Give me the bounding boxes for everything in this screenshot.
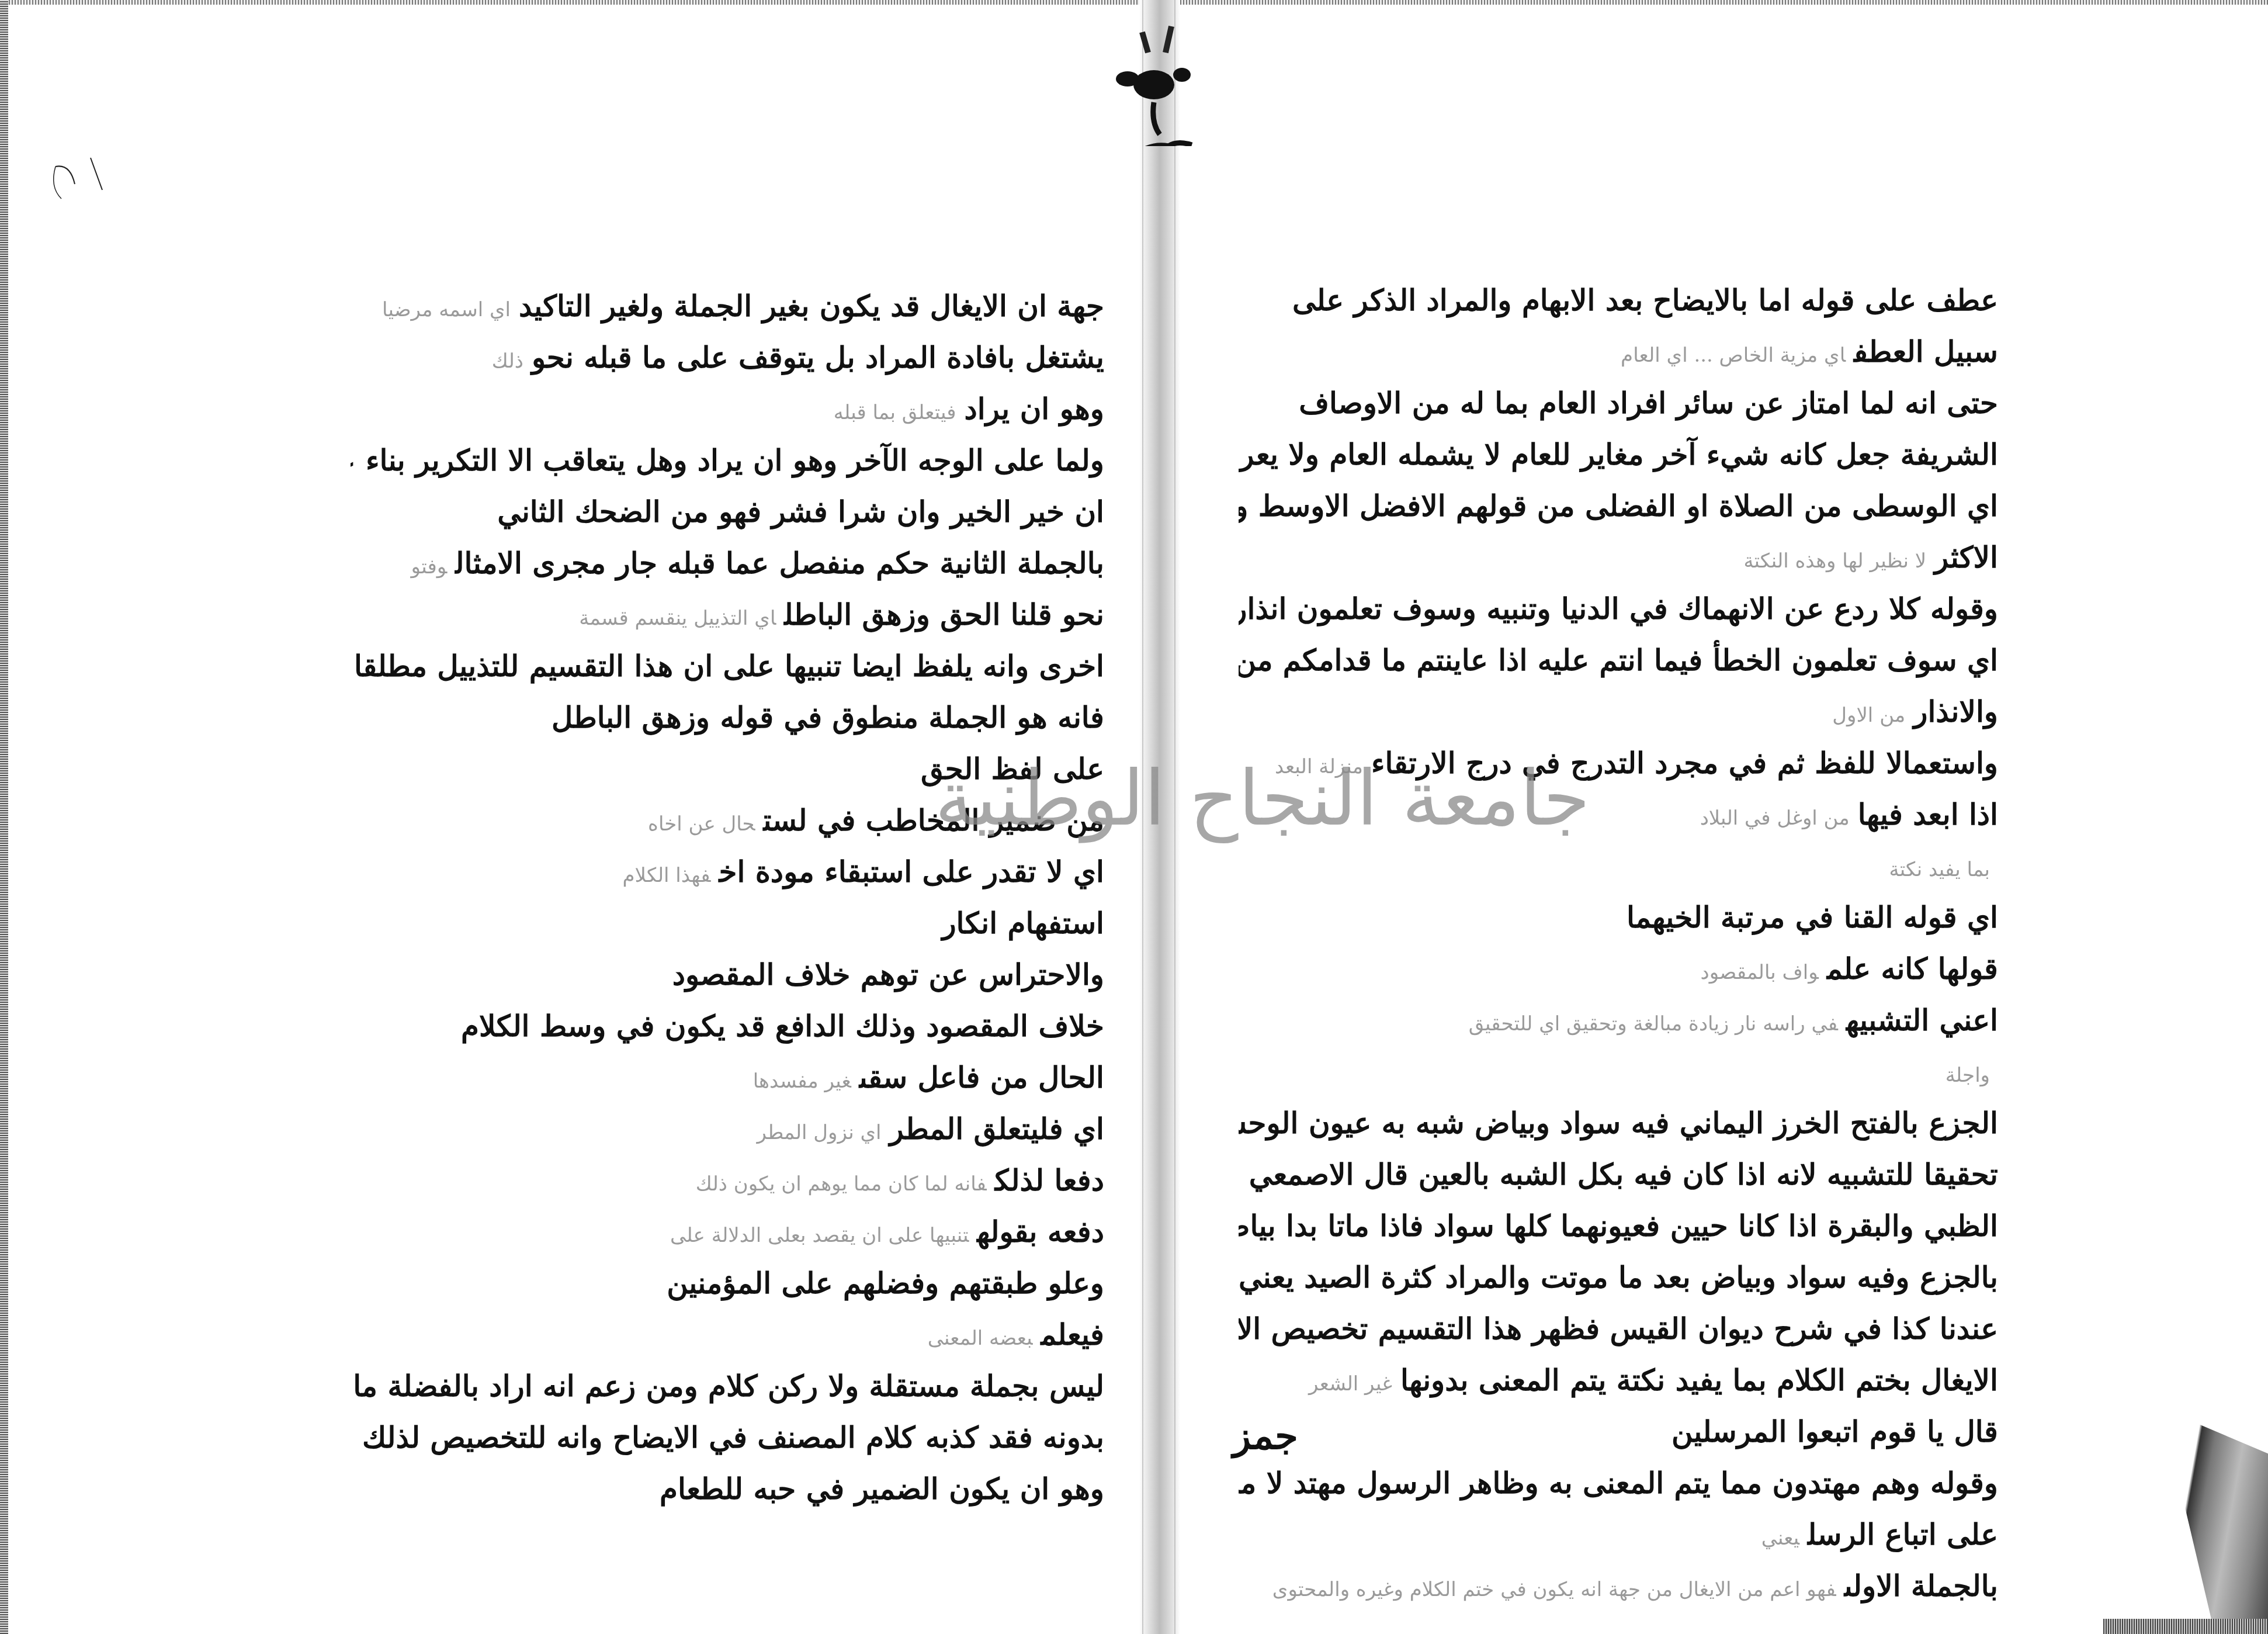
manuscript-line: نحو قلنا الحق وزهق الباطلاي التذييل ينقس… <box>351 589 1104 641</box>
main-text: قولها كانه علم <box>1827 951 1998 986</box>
manuscript-line: بالجملة الاولىفهو اعم من الايغال من جهة … <box>1239 1560 1998 1612</box>
manuscript-line: دفعه بقولهتنبيها على ان يقصد بعلى الدلال… <box>351 1206 1104 1258</box>
manuscript-line: ليس بجملة مستقلة ولا ركن كلام ومن زعم ان… <box>351 1360 1104 1412</box>
interlinear-gloss: اي مزية الخاص ... اي العام <box>1621 344 1846 367</box>
manuscript-line: الاكثرلا نظير لها وهذه النكتة <box>1239 532 1998 583</box>
main-text: وقوله وهم مهتدون مما يتم المعنى به وظاهر… <box>1239 1466 1998 1500</box>
manuscript-line: اعني التشبيهفي راسه نار زيادة مبالغة وتح… <box>1239 995 1998 1046</box>
interlinear-gloss: يعني <box>1761 1526 1799 1550</box>
main-text: جهة ان الايغال قد يكون بغير الجملة ولغير… <box>519 289 1104 323</box>
main-text: سبيل العطف <box>1854 334 1998 369</box>
main-text: اذا ابعد فيها <box>1858 797 1998 832</box>
manuscript-line: على اتباع الرسليعني <box>1239 1509 1998 1560</box>
main-text: اي لا تقدر على استبقاء مودة اخ <box>719 854 1104 889</box>
interlinear-gloss: اي اسمه مرضيا <box>382 298 511 321</box>
main-text: دفعه بقوله <box>977 1214 1104 1249</box>
manuscript-line: فيعلمبعضه المعنى <box>351 1309 1104 1360</box>
manuscript-line: ان خير الخير وان شرا فشر فهو من الضحك ال… <box>351 486 1104 538</box>
manuscript-line: حتى انه لما امتاز عن سائر افراد العام بم… <box>1239 378 1998 429</box>
main-text: وهو ان يكون الضمير في حبه للطعام <box>660 1472 1104 1506</box>
main-text: استفهام انكار <box>942 906 1104 940</box>
manuscript-line: والانذارمن الاول <box>1239 686 1998 738</box>
interlinear-gloss: فيتعلق بما قبله <box>834 401 956 424</box>
manuscript-line: اي الوسطى من الصلاة او الفضلى من قولهم ا… <box>1239 480 1998 532</box>
interlinear-gloss: فهذا الكلام <box>623 864 711 887</box>
main-text: اي سوف تعلمون الخطأ فيما انتم عليه اذا ع… <box>1239 643 1998 677</box>
interlinear-gloss: فانه لما كان مما يوهم ان يكون ذلك <box>696 1172 987 1196</box>
main-text: الظبي والبقرة اذا كانا حيين فعيونهما كله… <box>1239 1209 1998 1243</box>
main-text: الاكثر <box>1934 540 1998 574</box>
manuscript-line: اي قوله القنا في مرتبة الخيهما <box>1239 892 1998 943</box>
interlinear-gloss: حال عن اخاه <box>648 812 755 836</box>
right-page-text: عطف على قوله اما بالايضاح بعد الابهام وا… <box>1239 275 1998 1612</box>
main-text: ليس بجملة مستقلة ولا ركن كلام ومن زعم ان… <box>351 1369 1104 1403</box>
main-text: اخرى وانه يلفظ ايضا تنبيها على ان هذا ال… <box>351 649 1104 683</box>
page-corner-fold <box>2162 1408 2268 1634</box>
interlinear-gloss: اي التذييل ينقسم قسمة <box>579 607 776 630</box>
manuscript-line: استفهام انكار <box>351 898 1104 949</box>
manuscript-line: فانه هو الجملة منطوق في قوله وزهق الباطل <box>351 692 1104 743</box>
main-text: بالجملة الثانية حكم منفصل عما قبله جار م… <box>455 546 1104 580</box>
manuscript-line: وقوله وهم مهتدون مما يتم المعنى به وظاهر… <box>1239 1458 1998 1509</box>
manuscript-line: والاحتراس عن توهم خلاف المقصود <box>351 949 1104 1001</box>
interlinear-gloss: واجلة <box>1946 1064 1990 1087</box>
interlinear-gloss: تنبيها على ان يقصد بعلى الدلالة على <box>670 1224 969 1247</box>
manuscript-line: يشتغل بافادة المراد بل يتوقف على ما قبله… <box>351 332 1104 383</box>
manuscript-line: سبيل العطفاي مزية الخاص ... اي العام <box>1239 326 1998 378</box>
main-text: على اتباع الرسل <box>1808 1517 1998 1552</box>
main-text: ولما على الوجه الآخر وهو ان يراد وهل يتع… <box>351 443 1104 477</box>
main-text: عطف على قوله اما بالايضاح بعد الابهام وا… <box>1292 283 1998 317</box>
main-text: خلاف المقصود وذلك الدافع قد يكون في وسط … <box>461 1009 1104 1043</box>
watermark-text: جامعة النجاح الوطنية <box>935 754 1590 843</box>
manuscript-line: اي فليتعلق المطراي نزول المطر <box>351 1103 1104 1155</box>
folio-number-mark <box>35 140 105 210</box>
manuscript-line: دفعا لذلكفانه لما كان مما يوهم ان يكون ذ… <box>351 1155 1104 1206</box>
main-text: الايغال بختم الكلام بما يفيد نكتة يتم ال… <box>1400 1363 1998 1397</box>
left-page-text: جهة ان الايغال قد يكون بغير الجملة ولغير… <box>351 281 1104 1515</box>
manuscript-line: اخرى وانه يلفظ ايضا تنبيها على ان هذا ال… <box>351 641 1104 692</box>
manuscript-line: قولها كانه علمواف بالمقصود <box>1239 943 1998 995</box>
manuscript-line: الظبي والبقرة اذا كانا حيين فعيونهما كله… <box>1239 1200 1998 1252</box>
interlinear-gloss: فهو اعم من الايغال من جهة انه يكون في خت… <box>1272 1578 1836 1601</box>
interlinear-gloss: غير مفسدها <box>753 1069 851 1093</box>
interlinear-gloss: في راسه نار زيادة مبالغة وتحقيق اي للتحق… <box>1469 1012 1838 1036</box>
manuscript-line: بدونه فقد كذبه كلام المصنف في الايضاح وا… <box>351 1412 1104 1463</box>
manuscript-line: بالجملة الثانية حكم منفصل عما قبله جار م… <box>351 538 1104 589</box>
main-text: بدونه فقد كذبه كلام المصنف في الايضاح وا… <box>351 1420 1104 1455</box>
interlinear-gloss: بما يفيد نكتة <box>1889 858 1990 881</box>
manuscript-line: جهة ان الايغال قد يكون بغير الجملة ولغير… <box>351 281 1104 332</box>
main-text: وهو ان يراد <box>965 392 1104 426</box>
main-text: اعني التشبيه <box>1846 1003 1998 1037</box>
main-text: تحقيقا للتشبيه لانه اذا كان فيه بكل الشب… <box>1249 1157 1998 1192</box>
main-text: الجزع بالفتح الخرز اليماني فيه سواد وبيا… <box>1239 1106 1998 1140</box>
main-text: يشتغل بافادة المراد بل يتوقف على ما قبله… <box>532 340 1104 375</box>
interlinear-gloss: اي نزول المطر <box>757 1121 881 1144</box>
main-text: قال يا قوم اتبعوا المرسلين <box>1671 1414 1998 1449</box>
manuscript-line: الحال من فاعل سقىغير مفسدها <box>351 1052 1104 1103</box>
main-text: وعلو طبقتهم وفضلهم على المؤمنين <box>667 1266 1104 1300</box>
manuscript-line: وعلو طبقتهم وفضلهم على المؤمنين <box>351 1258 1104 1309</box>
manuscript-line: اي لا تقدر على استبقاء مودة اخفهذا الكلا… <box>351 846 1104 898</box>
main-text: اي قوله القنا في مرتبة الخيهما <box>1627 900 1998 934</box>
interlinear-gloss: من اوغل في البلاد <box>1700 806 1850 830</box>
main-text: والانذار <box>1913 694 1998 729</box>
manuscript-line: بما يفيد نكتة <box>1239 840 1998 892</box>
interlinear-gloss: غير الشعر <box>1309 1372 1392 1396</box>
scan-top-edge <box>0 0 2268 5</box>
manuscript-line: واجلة <box>1239 1046 1998 1098</box>
main-text: والاحتراس عن توهم خلاف المقصود <box>672 957 1104 992</box>
main-text: بالجملة الاولى <box>1844 1569 1998 1603</box>
main-text: فيعلم <box>1041 1317 1104 1352</box>
interlinear-gloss: وفتو <box>411 555 448 579</box>
manuscript-line: الايغال بختم الكلام بما يفيد نكتة يتم ال… <box>1239 1355 1998 1406</box>
main-text: ان خير الخير وان شرا فشر فهو من الضحك ال… <box>497 494 1104 529</box>
manuscript-line: الشريفة جعل كانه شيء آخر مغاير للعام لا … <box>1239 429 1998 480</box>
interlinear-gloss: ذلك <box>492 349 523 373</box>
ornament-icon <box>1113 12 1195 146</box>
main-text: وقوله كلا ردع عن الانهماك في الدنيا وتنب… <box>1239 591 1998 626</box>
manuscript-line: عطف على قوله اما بالايضاح بعد الابهام وا… <box>1239 275 1998 326</box>
manuscript-line: الجزع بالفتح الخرز اليماني فيه سواد وبيا… <box>1239 1098 1998 1149</box>
manuscript-line: قال يا قوم اتبعوا المرسلين <box>1239 1406 1998 1458</box>
catchword: جمز <box>1233 1414 1298 1458</box>
manuscript-line: عندنا كذا في شرح ديوان القيس فظهر هذا ال… <box>1239 1303 1998 1355</box>
manuscript-line: خلاف المقصود وذلك الدافع قد يكون في وسط … <box>351 1001 1104 1052</box>
interlinear-gloss: بعضه المعنى <box>928 1327 1033 1350</box>
manuscript-line: اي سوف تعلمون الخطأ فيما انتم عليه اذا ع… <box>1239 635 1998 686</box>
scan-left-edge <box>0 0 8 1634</box>
manuscript-line: بالجزع وفيه سواد وبياض بعد ما موتت والمر… <box>1239 1252 1998 1303</box>
manuscript-line: ولما على الوجه الآخر وهو ان يراد وهل يتع… <box>351 435 1104 486</box>
manuscript-line: وهو ان يكون الضمير في حبه للطعام <box>351 1463 1104 1515</box>
manuscript-line: وهو ان يرادفيتعلق بما قبله <box>351 383 1104 435</box>
manuscript-line: تحقيقا للتشبيه لانه اذا كان فيه بكل الشب… <box>1239 1149 1998 1200</box>
scan-bottom-edge <box>2103 1619 2268 1634</box>
interlinear-gloss: من الاول <box>1832 704 1905 727</box>
main-text: الحال من فاعل سقى <box>859 1060 1104 1095</box>
main-text: فانه هو الجملة منطوق في قوله وزهق الباطل <box>552 700 1104 735</box>
main-text: اي فليتعلق المطر <box>890 1112 1104 1146</box>
manuscript-line: وقوله كلا ردع عن الانهماك في الدنيا وتنب… <box>1239 583 1998 635</box>
main-text: الشريفة جعل كانه شيء آخر مغاير للعام لا … <box>1239 437 1998 472</box>
main-text: دفعا لذلك <box>995 1163 1104 1197</box>
main-text: نحو قلنا الحق وزهق الباطل <box>784 597 1104 632</box>
interlinear-gloss: واف بالمقصود <box>1701 961 1819 984</box>
main-text: اي الوسطى من الصلاة او الفضلى من قولهم ا… <box>1239 489 1998 523</box>
main-text: حتى انه لما امتاز عن سائر افراد العام بم… <box>1299 386 1998 420</box>
main-text: عندنا كذا في شرح ديوان القيس فظهر هذا ال… <box>1239 1311 1998 1346</box>
interlinear-gloss: لا نظير لها وهذه النكتة <box>1743 549 1926 573</box>
main-text: بالجزع وفيه سواد وبياض بعد ما موتت والمر… <box>1239 1260 1998 1294</box>
